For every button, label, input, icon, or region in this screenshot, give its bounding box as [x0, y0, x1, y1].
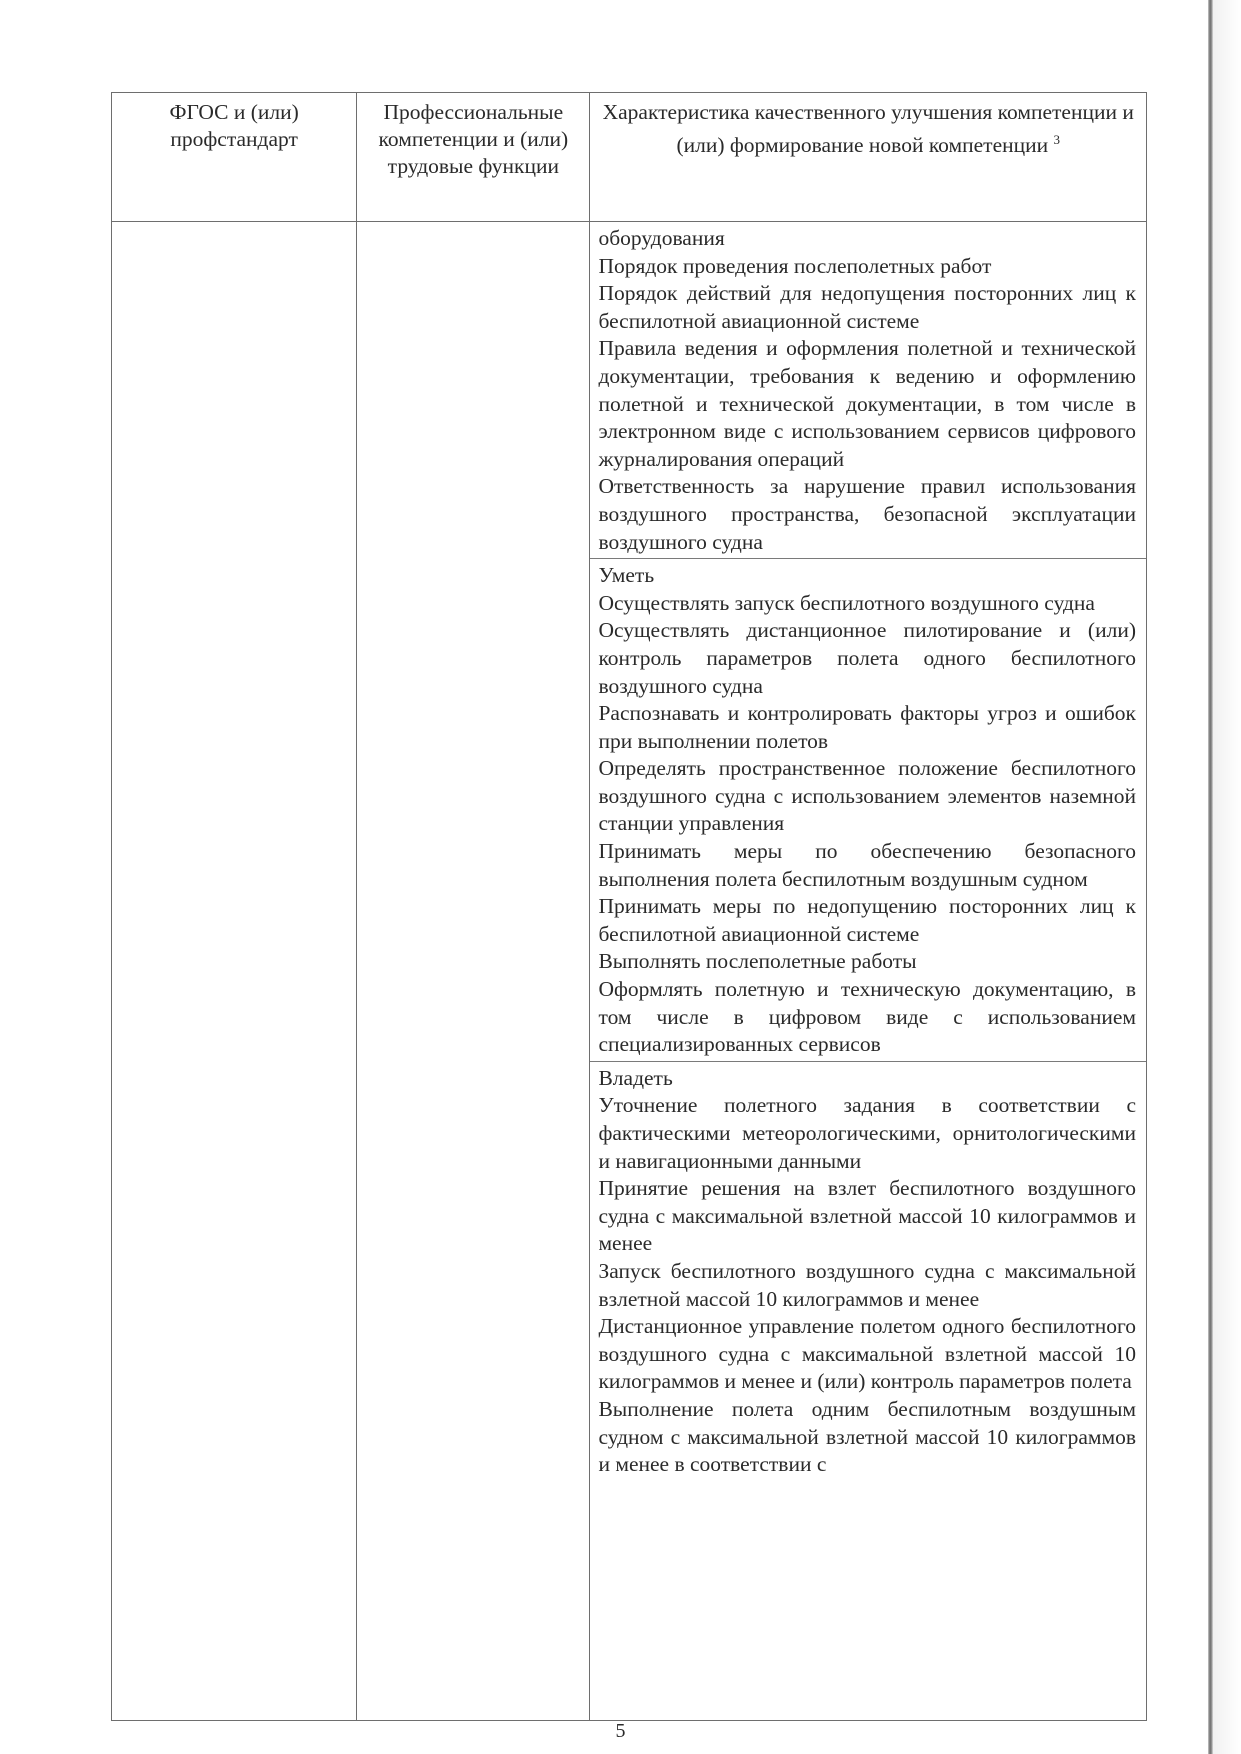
list-item: Осуществлять запуск беспилотного воздушн… — [598, 590, 1136, 618]
list-item: Дистанционное управление полетом одного … — [598, 1313, 1136, 1396]
list-item: Запуск беспилотного воздушного судна с м… — [598, 1258, 1136, 1313]
cell-characteristics: оборудованияПорядок проведения послеполе… — [590, 222, 1147, 1721]
header-competencies-text: Профессиональные компетенции и (или) тру… — [379, 100, 569, 178]
list-item: Порядок проведения послеполетных работ — [598, 253, 1136, 281]
characteristics-sections: оборудованияПорядок проведения послеполе… — [590, 222, 1146, 1481]
footnote-marker: 3 — [1054, 132, 1061, 147]
section-abilities: ВладетьУточнение полетного задания в соо… — [590, 1061, 1146, 1481]
section-heading: Уметь — [598, 562, 1136, 590]
header-characteristics: Характеристика качественного улучшения к… — [590, 93, 1147, 222]
header-characteristics-text: Характеристика качественного улучшения к… — [603, 100, 1134, 157]
list-item: Принимать меры по недопущению посторонни… — [598, 893, 1136, 948]
list-item: Осуществлять дистанционное пилотирование… — [598, 617, 1136, 700]
list-item: Ответственность за нарушение правил испо… — [598, 473, 1136, 556]
cell-competencies — [357, 222, 590, 1721]
competencies-table: ФГОС и (или) профстандарт Профессиональн… — [111, 92, 1147, 1721]
list-item: Оформлять полетную и техническую докумен… — [598, 976, 1136, 1059]
section-heading: Владеть — [598, 1065, 1136, 1093]
list-item: Принимать меры по обеспечению безопасног… — [598, 838, 1136, 893]
table-row: оборудованияПорядок проведения послеполе… — [112, 222, 1147, 1721]
list-item: Определять пространственное положение бе… — [598, 755, 1136, 838]
list-item: Выполнять послеполетные работы — [598, 948, 1136, 976]
page-number: 5 — [0, 1720, 1241, 1743]
section-knowledge-continued: оборудованияПорядок проведения послеполе… — [590, 222, 1146, 558]
cell-fgos — [112, 222, 357, 1721]
header-fgos: ФГОС и (или) профстандарт — [112, 93, 357, 222]
list-item: Правила ведения и оформления полетной и … — [598, 335, 1136, 473]
scan-edge-shadow — [1213, 0, 1241, 1754]
list-item: оборудования — [598, 225, 1136, 253]
list-item: Выполнение полета одним беспилотным возд… — [598, 1396, 1136, 1479]
list-item: Порядок действий для недопущения посторо… — [598, 280, 1136, 335]
list-item: Принятие решения на взлет беспилотного в… — [598, 1175, 1136, 1258]
list-item: Уточнение полетного задания в соответств… — [598, 1092, 1136, 1175]
table-header-row: ФГОС и (или) профстандарт Профессиональн… — [112, 93, 1147, 222]
section-skills: УметьОсуществлять запуск беспилотного во… — [590, 558, 1146, 1061]
header-competencies: Профессиональные компетенции и (или) тру… — [357, 93, 590, 222]
header-fgos-text: ФГОС и (или) профстандарт — [169, 100, 298, 151]
list-item: Распознавать и контролировать факторы уг… — [598, 700, 1136, 755]
